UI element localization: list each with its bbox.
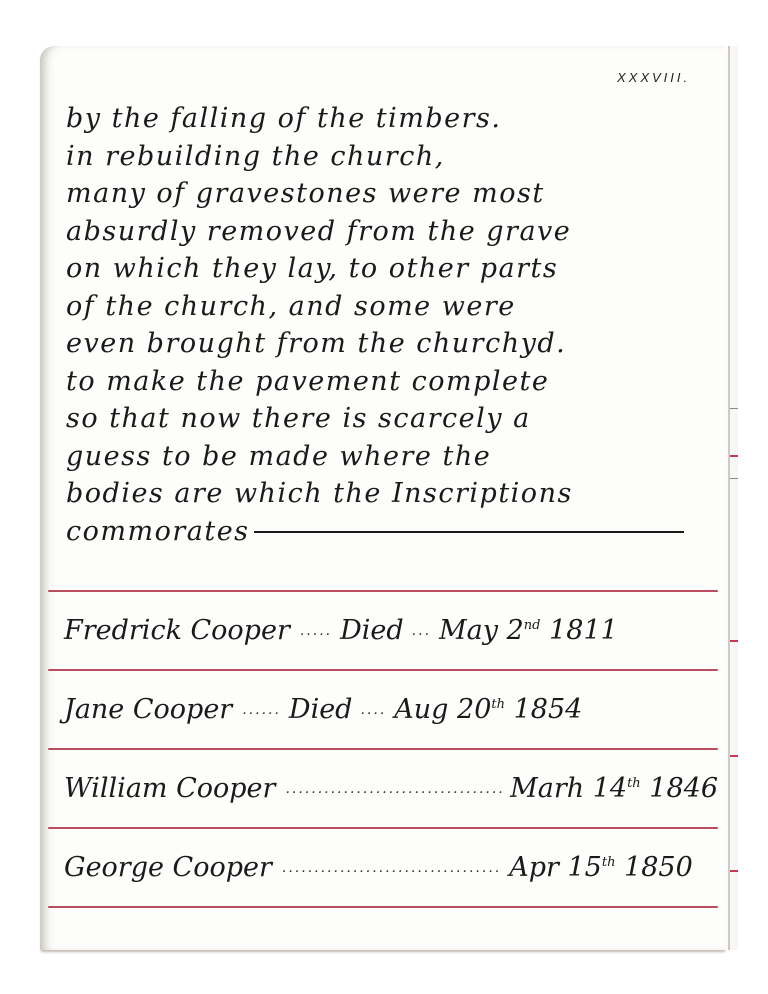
prose-line: many of gravestones were most	[66, 175, 726, 213]
adjacent-page-edge	[730, 46, 738, 950]
red-ruled-line	[48, 748, 718, 750]
leader-dots: ..................................	[282, 860, 501, 876]
entry-name: Fredrick Cooper	[64, 615, 290, 646]
margin-mark	[730, 478, 738, 479]
page-number: XXXVIII.	[617, 70, 690, 85]
prose-line: guess to be made where the	[66, 438, 726, 476]
red-ruled-line	[48, 906, 718, 908]
prose-line: even brought from the churchyd.	[66, 325, 726, 363]
death-date: Aug 20th 1854	[394, 694, 582, 725]
prose-line-final: commorates	[66, 513, 726, 551]
prose-text-block: by the falling of the timbers. in rebuil…	[66, 100, 726, 550]
prose-line: by the falling of the timbers.	[66, 100, 726, 138]
prose-line-text: commorates	[66, 516, 250, 547]
margin-mark	[730, 408, 738, 409]
margin-mark	[730, 870, 738, 872]
prose-line: so that now there is scarcely a	[66, 400, 726, 438]
red-ruled-line	[48, 590, 718, 592]
prose-line: to make the pavement complete	[66, 363, 726, 401]
prose-line: bodies are which the Inscriptions	[66, 475, 726, 513]
death-date: May 2nd 1811	[439, 615, 618, 646]
closing-rule	[254, 531, 684, 533]
prose-line: of the church, and some were	[66, 288, 726, 326]
prose-line: on which they lay, to other parts	[66, 250, 726, 288]
entry-name: George Cooper	[64, 852, 272, 883]
leader-dots: ..................................	[285, 781, 502, 797]
died-label: Died	[340, 615, 404, 646]
margin-mark	[730, 755, 738, 757]
burial-entries-list: Fredrick Cooper ..... Died ... May 2nd 1…	[48, 590, 718, 908]
burial-entry: William Cooper .........................…	[48, 750, 718, 827]
leader-dots: ....	[360, 702, 386, 718]
died-label: Died	[289, 694, 353, 725]
entry-name: William Cooper	[64, 773, 275, 804]
red-ruled-line	[48, 669, 718, 671]
prose-line: in rebuilding the church,	[66, 138, 726, 176]
burial-entry: Jane Cooper ...... Died .... Aug 20th 18…	[48, 671, 718, 748]
death-date: Apr 15th 1850	[509, 852, 693, 883]
page-fold-edge	[728, 46, 730, 950]
leader-dots: ...	[412, 623, 431, 639]
burial-entry: Fredrick Cooper ..... Died ... May 2nd 1…	[48, 592, 718, 669]
leader-dots: ......	[242, 702, 281, 718]
death-date: Marh 14th 1846	[510, 773, 718, 804]
margin-mark	[730, 455, 738, 457]
leader-dots: .....	[300, 623, 332, 639]
red-ruled-line	[48, 827, 718, 829]
margin-mark	[730, 640, 738, 642]
entry-name: Jane Cooper	[64, 694, 232, 725]
prose-line: absurdly removed from the grave	[66, 213, 726, 251]
burial-entry: George Cooper ..........................…	[48, 829, 718, 906]
